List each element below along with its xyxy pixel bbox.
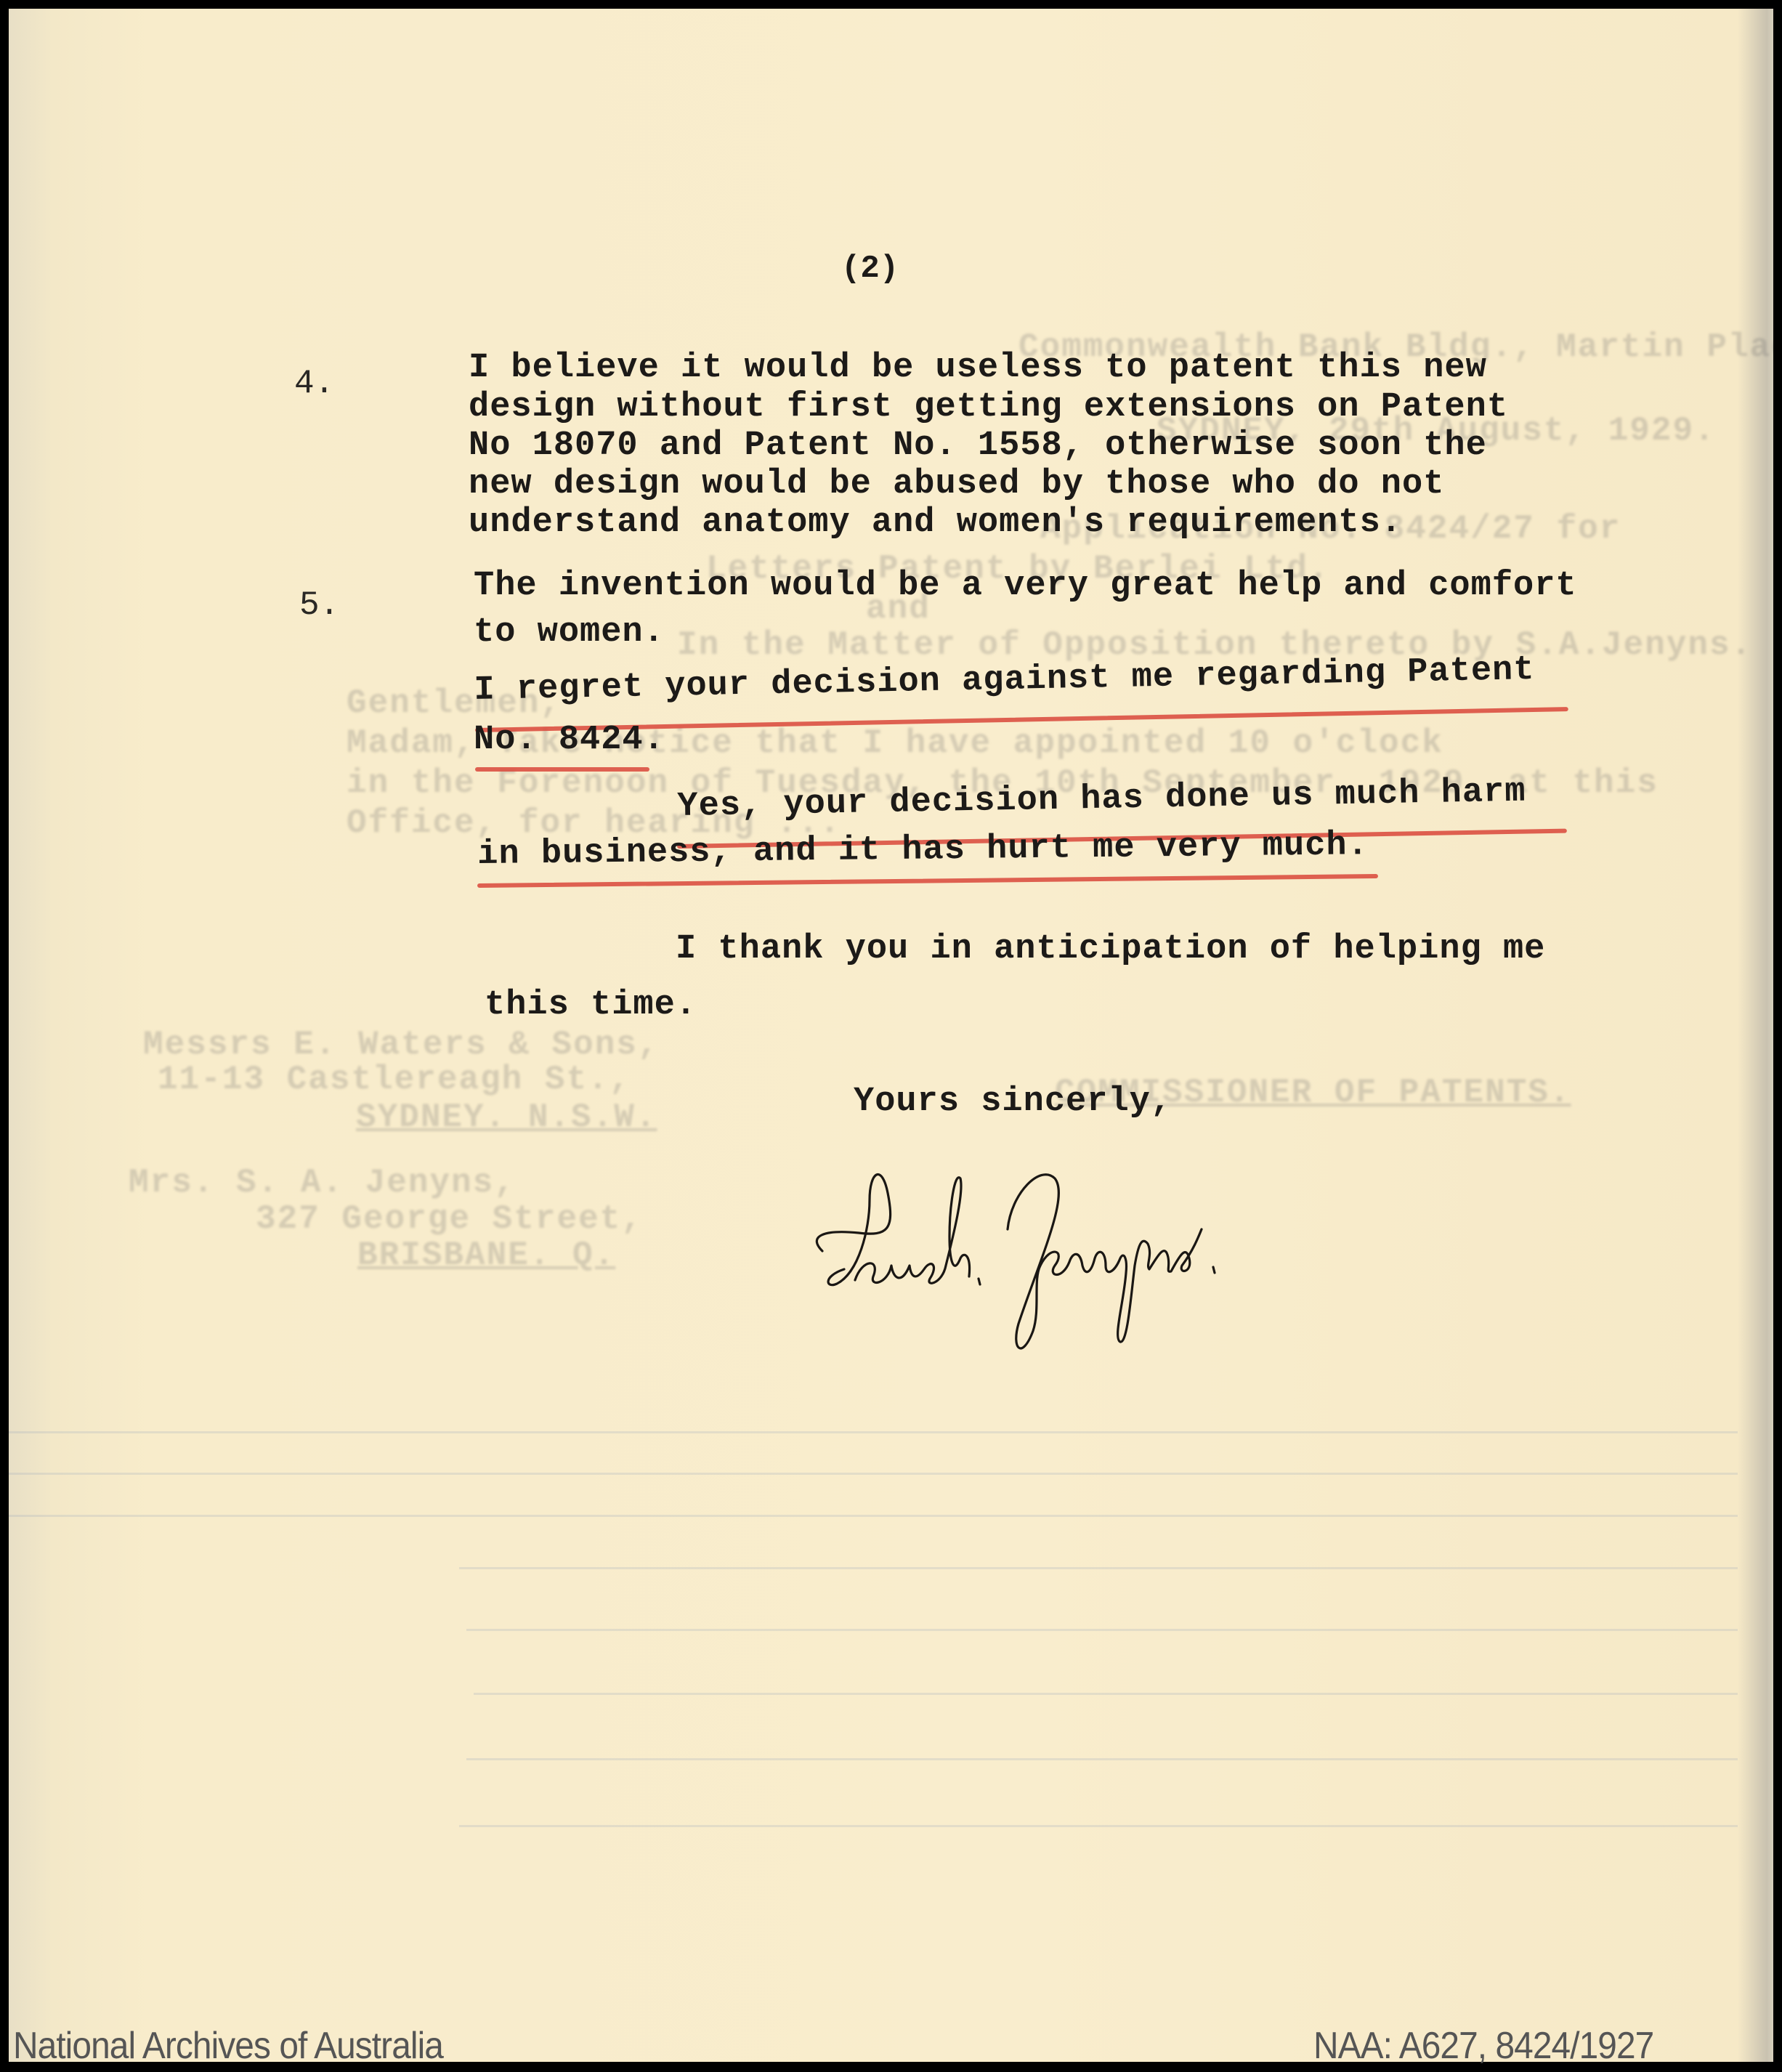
ruled-line (466, 1629, 1738, 1631)
page-number: (2) (841, 251, 899, 287)
regret-line: No. 8424. (474, 721, 665, 759)
signature (801, 1149, 1454, 1371)
ruled-line (466, 1758, 1738, 1760)
bleed-through-line: SYDNEY. N.S.W. (356, 1098, 657, 1136)
closing: Yours sincerly, (854, 1082, 1172, 1121)
ruled-line (474, 1693, 1738, 1695)
archive-reference: NAA: A627, 8424/1927 (1313, 2024, 1653, 2068)
thanks-line: this time. (485, 986, 697, 1024)
document-page: Commonwealth Bank Bldg., Martin Place SY… (9, 9, 1773, 2062)
archive-name: National Archives of Australia (13, 2024, 443, 2068)
paragraph-5-line: to women. (474, 613, 665, 652)
bleed-through-line: BRISBANE. Q. (357, 1237, 615, 1274)
ruled-line (9, 1473, 1738, 1475)
thanks-line: I thank you in anticipation of helping m… (676, 930, 1545, 968)
paragraph-4-line: new design would be abused by those who … (469, 465, 1444, 503)
ruled-line (459, 1567, 1738, 1569)
red-underline (477, 874, 1378, 888)
ruled-line (9, 1515, 1738, 1517)
ruled-line (9, 1431, 1738, 1433)
paragraph-4-line: understand anatomy and women's requireme… (469, 503, 1402, 542)
paragraph-4-line: No 18070 and Patent No. 1558, otherwise … (469, 426, 1487, 465)
paragraph-5-line: The invention would be a very great help… (474, 567, 1577, 605)
bleed-through-line: Messrs E. Waters & Sons, (143, 1026, 660, 1064)
bleed-through-line: 11-13 Castlereagh St., (158, 1061, 631, 1098)
bleed-through-line: Mrs. S. A. Jenyns, (129, 1164, 516, 1202)
bleed-through-line: 327 George Street, (256, 1200, 643, 1238)
paragraph-number: 5. (299, 586, 339, 624)
ruled-line (459, 1825, 1738, 1827)
paragraph-4-line: design without first getting extensions … (469, 388, 1508, 426)
handwritten-signature-icon (801, 1149, 1454, 1367)
paragraph-4-line: I believe it would be useless to patent … (469, 349, 1487, 387)
paragraph-number: 4. (294, 365, 334, 402)
red-underline (475, 767, 649, 772)
